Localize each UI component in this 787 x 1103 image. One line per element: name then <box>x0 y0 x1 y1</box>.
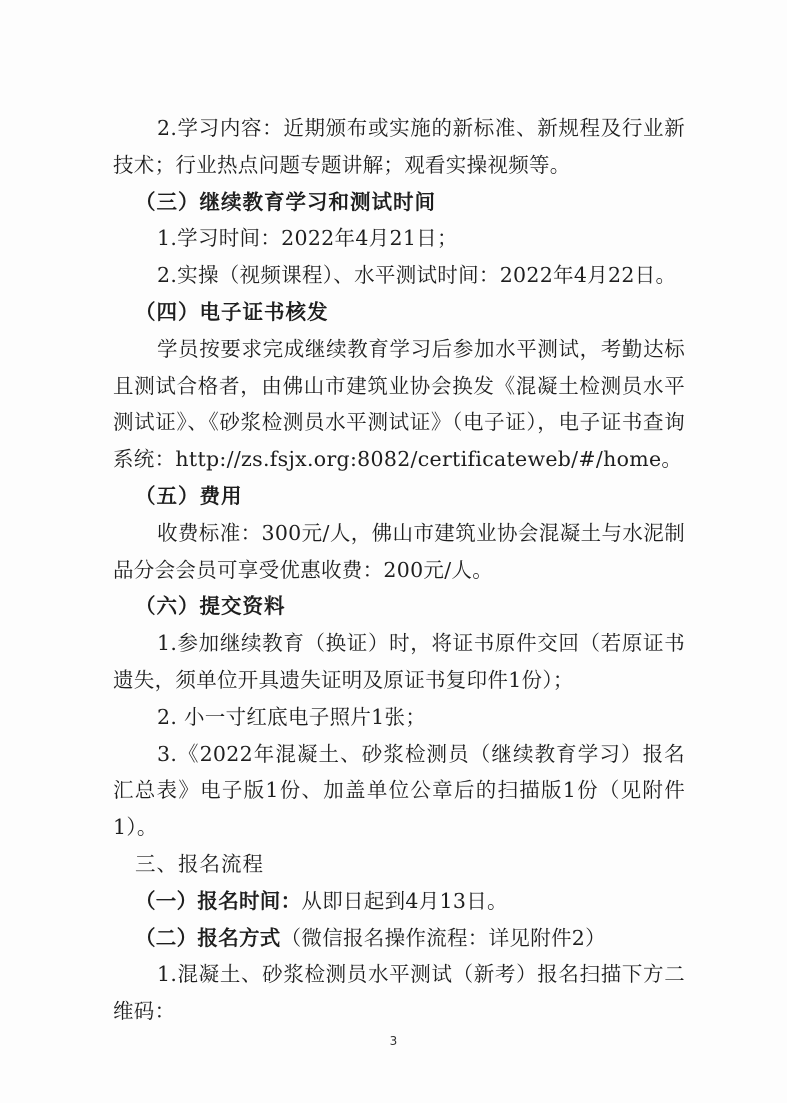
paragraph-submit-original-cert: 1.参加继续教育（换证）时，将证书原件交回（若原证书遗失，须单位开具遗失证明及原… <box>113 625 685 699</box>
paragraph-study-time: 1.学习时间：2022年4月21日； <box>113 220 685 257</box>
paragraph-submit-form: 3.《2022年混凝土、砂浆检测员（继续教育学习）报名汇总表》电子版1份、加盖单… <box>113 736 685 846</box>
document-body: 2.学习内容：近期颁布或实施的新标准、新规程及行业新技术；行业热点问题专题讲解；… <box>113 110 685 1030</box>
paragraph-registration-time: （一）报名时间：从即日起到4月13日。 <box>113 883 685 920</box>
section-registration-process: 三、报名流程 <box>113 846 685 883</box>
paragraph-registration-method: （二）报名方式（微信报名操作流程：详见附件2） <box>113 920 685 957</box>
value-registration-time: 从即日起到4月13日。 <box>301 889 507 913</box>
label-registration-time: （一）报名时间： <box>135 889 301 913</box>
paragraph-fees: 收费标准：300元/人，佛山市建筑业协会混凝土与水泥制品分会会员可享受优惠收费：… <box>113 515 685 589</box>
paragraph-e-certificate: 学员按要求完成继续教育学习后参加水平测试，考勤达标且测试合格者，由佛山市建筑业协… <box>113 331 685 478</box>
paragraph-scan-qr: 1.混凝土、砂浆检测员水平测试（新考）报名扫描下方二维码： <box>113 956 685 1030</box>
value-registration-method: （微信报名操作流程：详见附件2） <box>281 926 606 950</box>
label-registration-method: （二）报名方式 <box>135 926 281 950</box>
heading-e-certificate: （四）电子证书核发 <box>113 294 685 331</box>
document-page: 2.学习内容：近期颁布或实施的新标准、新规程及行业新技术；行业热点问题专题讲解；… <box>0 0 787 1103</box>
paragraph-practice-test-time: 2.实操（视频课程）、水平测试时间：2022年4月22日。 <box>113 257 685 294</box>
paragraph-submit-photo: 2. 小一寸红底电子照片1张； <box>113 699 685 736</box>
heading-submit-materials: （六）提交资料 <box>113 588 685 625</box>
paragraph-study-content: 2.学习内容：近期颁布或实施的新标准、新规程及行业新技术；行业热点问题专题讲解；… <box>113 110 685 184</box>
heading-fees: （五）费用 <box>113 478 685 515</box>
heading-study-test-time: （三）继续教育学习和测试时间 <box>113 184 685 221</box>
page-number: 3 <box>0 1034 787 1048</box>
